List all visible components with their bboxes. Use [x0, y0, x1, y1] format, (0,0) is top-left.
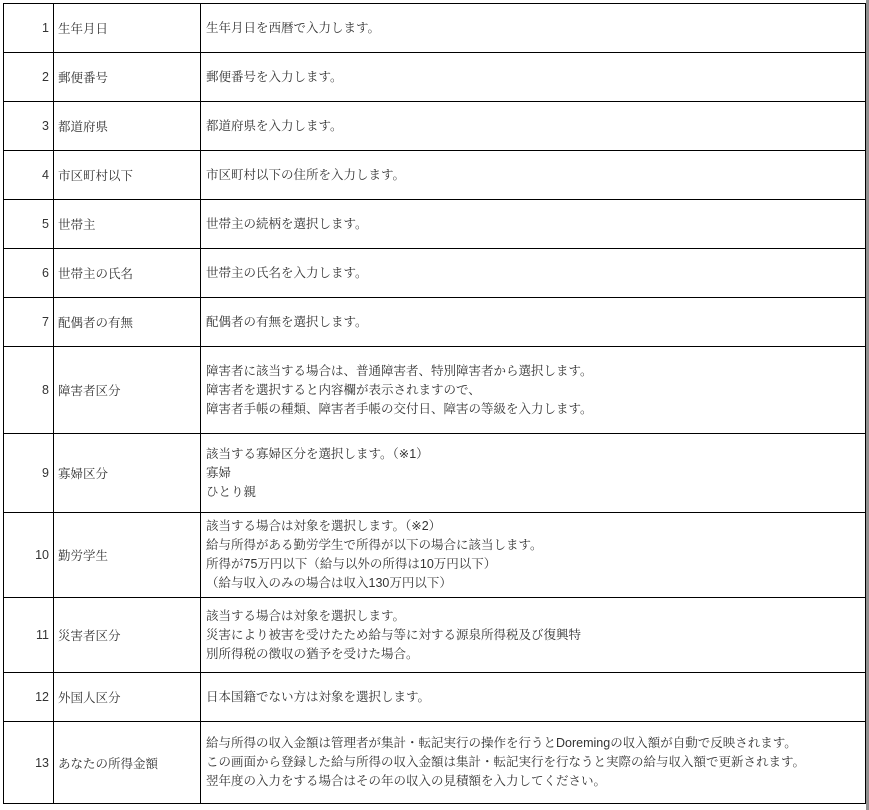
description-line: 世帯主の氏名を入力します。 [206, 264, 863, 283]
field-name: 世帯主の氏名 [54, 249, 201, 298]
field-description: 世帯主の続柄を選択します。 [201, 200, 866, 249]
description-line: 日本国籍でない方は対象を選択します。 [206, 688, 863, 707]
description-line: 障害者を選択すると内容欄が表示されますので、 [206, 381, 863, 400]
row-number: 7 [4, 298, 54, 347]
table-row: 3 都道府県 都道府県を入力します。 [4, 102, 866, 151]
description-line: 該当する寡婦区分を選択します。（※1） [206, 445, 863, 464]
field-description-table: 1 生年月日 生年月日を西暦で入力します。 2 郵便番号 郵便番号を入力します。… [3, 3, 866, 804]
field-description: 配偶者の有無を選択します。 [201, 298, 866, 347]
description-line: 所得が75万円以下（給与以外の所得は10万円以下） [206, 555, 863, 574]
description-line: 該当する場合は対象を選択します。 [206, 607, 863, 626]
field-name: 郵便番号 [54, 53, 201, 102]
description-line: ひとり親 [206, 483, 863, 502]
table-row: 12 外国人区分 日本国籍でない方は対象を選択します。 [4, 673, 866, 722]
table-row: 5 世帯主 世帯主の続柄を選択します。 [4, 200, 866, 249]
description-line: 郵便番号を入力します。 [206, 68, 863, 87]
description-line: 該当する場合は対象を選択します。（※2） [206, 517, 863, 536]
table-row: 8 障害者区分 障害者に該当する場合は、普通障害者、特別障害者から選択します。障… [4, 347, 866, 434]
field-name: 災害者区分 [54, 598, 201, 673]
row-number: 11 [4, 598, 54, 673]
table-row: 9 寡婦区分 該当する寡婦区分を選択します。（※1）寡婦ひとり親 [4, 434, 866, 513]
row-number: 2 [4, 53, 54, 102]
field-description: 障害者に該当する場合は、普通障害者、特別障害者から選択します。障害者を選択すると… [201, 347, 866, 434]
field-description: 該当する寡婦区分を選択します。（※1）寡婦ひとり親 [201, 434, 866, 513]
field-description: 都道府県を入力します。 [201, 102, 866, 151]
field-description: 日本国籍でない方は対象を選択します。 [201, 673, 866, 722]
table-row: 7 配偶者の有無 配偶者の有無を選択します。 [4, 298, 866, 347]
row-number: 4 [4, 151, 54, 200]
description-line: 市区町村以下の住所を入力します。 [206, 166, 863, 185]
row-number: 6 [4, 249, 54, 298]
row-number: 3 [4, 102, 54, 151]
field-description: 該当する場合は対象を選択します。（※2）給与所得がある勤労学生で所得が以下の場合… [201, 513, 866, 598]
description-line: この画面から登録した給与所得の収入金額は集計・転記実行を行なうと実際の給与収入額… [206, 753, 863, 772]
description-line: 障害者手帳の種類、障害者手帳の交付日、障害の等級を入力します。 [206, 400, 863, 419]
description-line: 別所得税の徴収の猶予を受けた場合。 [206, 645, 863, 664]
description-line: 寡婦 [206, 464, 863, 483]
table-row: 10 勤労学生 該当する場合は対象を選択します。（※2）給与所得がある勤労学生で… [4, 513, 866, 598]
field-name: 市区町村以下 [54, 151, 201, 200]
description-line: 給与所得の収入金額は管理者が集計・転記実行の操作を行うとDoremingの収入額… [206, 734, 863, 753]
table-body: 1 生年月日 生年月日を西暦で入力します。 2 郵便番号 郵便番号を入力します。… [4, 4, 866, 804]
field-name: 障害者区分 [54, 347, 201, 434]
table-row: 2 郵便番号 郵便番号を入力します。 [4, 53, 866, 102]
row-number: 5 [4, 200, 54, 249]
row-number: 9 [4, 434, 54, 513]
screen: 1 生年月日 生年月日を西暦で入力します。 2 郵便番号 郵便番号を入力します。… [0, 0, 869, 810]
description-line: 給与所得がある勤労学生で所得が以下の場合に該当します。 [206, 536, 863, 555]
row-number: 10 [4, 513, 54, 598]
table-row: 13 あなたの所得金額 給与所得の収入金額は管理者が集計・転記実行の操作を行うと… [4, 722, 866, 804]
field-name: 寡婦区分 [54, 434, 201, 513]
table-row: 6 世帯主の氏名 世帯主の氏名を入力します。 [4, 249, 866, 298]
field-name: あなたの所得金額 [54, 722, 201, 804]
description-line: 翌年度の入力をする場合はその年の収入の見積額を入力してください。 [206, 772, 863, 791]
field-description: 生年月日を西暦で入力します。 [201, 4, 866, 53]
field-name: 勤労学生 [54, 513, 201, 598]
table-row: 11 災害者区分 該当する場合は対象を選択します。災害により被害を受けたため給与… [4, 598, 866, 673]
field-name: 世帯主 [54, 200, 201, 249]
field-name: 都道府県 [54, 102, 201, 151]
row-number: 12 [4, 673, 54, 722]
field-description: 郵便番号を入力します。 [201, 53, 866, 102]
row-number: 1 [4, 4, 54, 53]
field-description: 給与所得の収入金額は管理者が集計・転記実行の操作を行うとDoremingの収入額… [201, 722, 866, 804]
description-line: 配偶者の有無を選択します。 [206, 313, 863, 332]
description-line: （給与収入のみの場合は収入130万円以下） [206, 574, 863, 593]
field-description: 世帯主の氏名を入力します。 [201, 249, 866, 298]
description-line: 都道府県を入力します。 [206, 117, 863, 136]
description-line: 生年月日を西暦で入力します。 [206, 19, 863, 38]
field-name: 生年月日 [54, 4, 201, 53]
description-line: 障害者に該当する場合は、普通障害者、特別障害者から選択します。 [206, 362, 863, 381]
description-line: 災害により被害を受けたため給与等に対する源泉所得税及び復興特 [206, 626, 863, 645]
description-line: 世帯主の続柄を選択します。 [206, 215, 863, 234]
table-row: 1 生年月日 生年月日を西暦で入力します。 [4, 4, 866, 53]
field-name: 外国人区分 [54, 673, 201, 722]
field-description: 市区町村以下の住所を入力します。 [201, 151, 866, 200]
row-number: 8 [4, 347, 54, 434]
field-description: 該当する場合は対象を選択します。災害により被害を受けたため給与等に対する源泉所得… [201, 598, 866, 673]
table-row: 4 市区町村以下 市区町村以下の住所を入力します。 [4, 151, 866, 200]
row-number: 13 [4, 722, 54, 804]
field-name: 配偶者の有無 [54, 298, 201, 347]
